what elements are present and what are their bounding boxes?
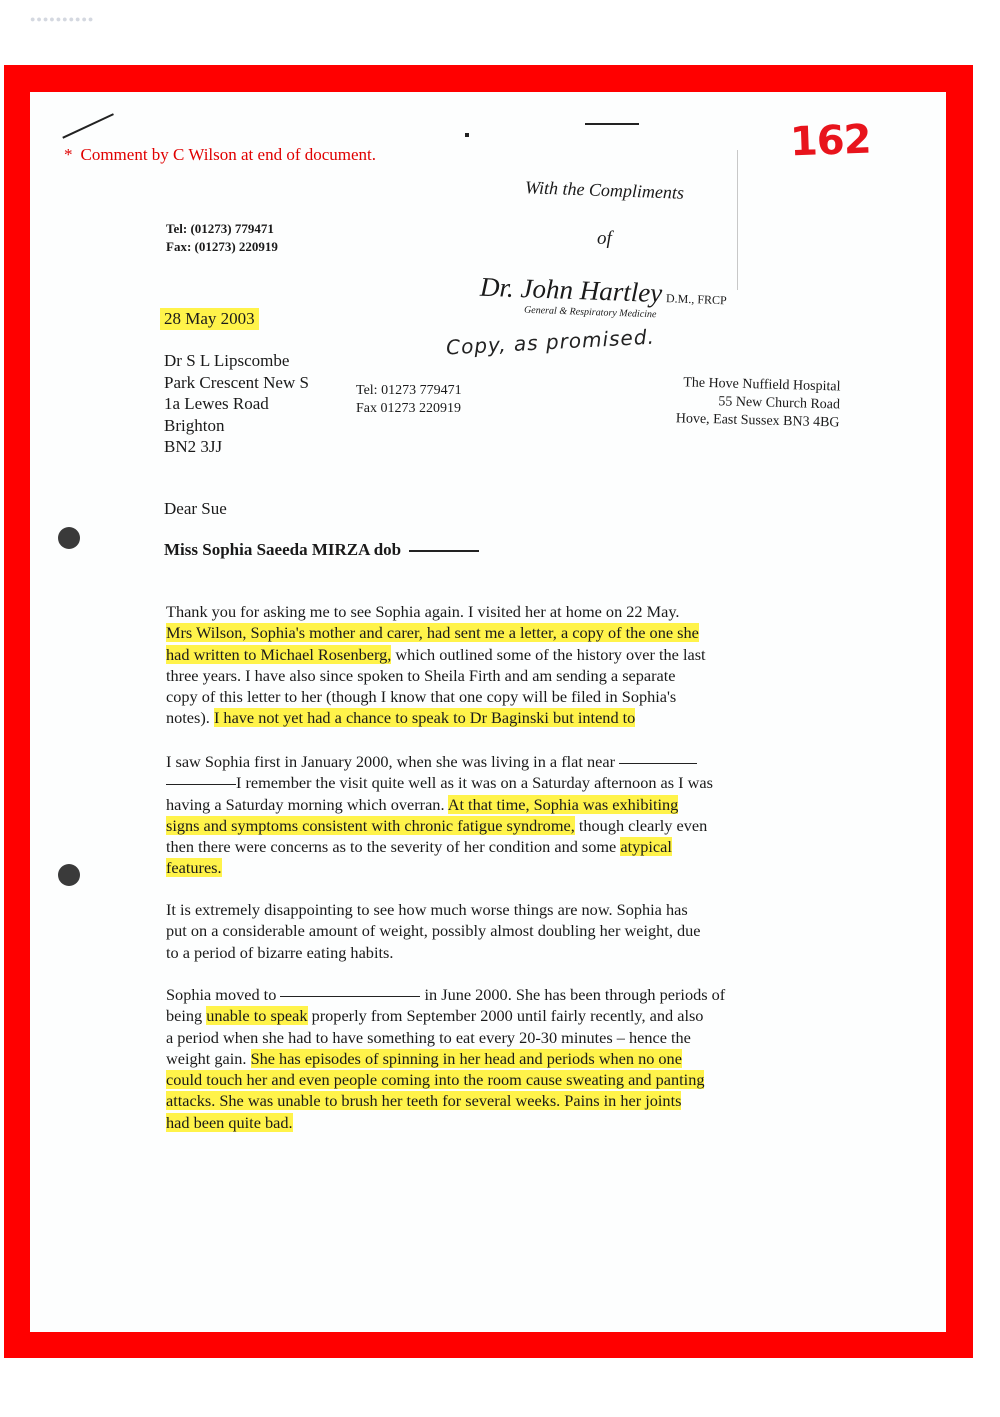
text-line: weight gain. She has episodes of spinnin… [166,1048,816,1069]
paragraph-1: Thank you for asking me to see Sophia ag… [166,601,816,729]
compliments-of: of [597,228,612,250]
text-line: could touch her and even people coming i… [166,1069,816,1090]
highlighted-text: had been quite bad. [166,1113,293,1132]
text-line: signs and symptoms consistent with chron… [166,815,816,836]
text-segment: then there were concerns as to the sever… [166,837,620,856]
slip-dash [585,123,639,125]
text-line: then there were concerns as to the sever… [166,836,816,857]
highlighted-text: had written to Michael Rosenberg, [166,645,391,664]
hospital-fax: Fax 01273 220919 [356,400,462,418]
highlighted-text: signs and symptoms consistent with chron… [166,816,575,835]
letterhead-contact: Tel: (01273) 779471 Fax: (01273) 220919 [166,220,278,256]
recipient-address-line: Park Crescent New S [164,372,309,394]
text-segment: put on a considerable amount of weight, … [166,921,700,940]
text-segment: which outlined some of the history over … [391,645,705,664]
salutation: Dear Sue [164,499,227,519]
text-segment: weight gain. [166,1049,251,1068]
text-line: Thank you for asking me to see Sophia ag… [166,601,816,622]
paragraph-4: Sophia moved to in June 2000. She has be… [166,984,816,1133]
text-segment: Thank you for asking me to see Sophia ag… [166,602,680,621]
text-segment: notes). [166,708,214,727]
highlighted-text: She has episodes of spinning in her head… [251,1049,682,1068]
text-line: had been quite bad. [166,1112,816,1133]
slip-dot [465,133,469,137]
text-segment: having a Saturday morning which overran. [166,795,448,814]
comment-text: Comment by C Wilson at end of document. [81,145,377,164]
subject-line: Miss Sophia Saeeda MIRZA dob [164,540,479,560]
doctor-qualifications: D.M., FRCP [666,291,727,307]
text-line: It is extremely disappointing to see how… [166,899,816,920]
hospital-address: The Hove Nuffield Hospital55 New Church … [649,374,840,433]
text-line: to a period of bizarre eating habits. [166,942,816,963]
highlighted-text: Mrs Wilson, Sophia's mother and carer, h… [166,623,699,642]
highlighted-text: atypical [620,837,672,856]
text-segment: in June 2000. She has been through perio… [420,985,725,1004]
page-number: 162 [789,117,871,166]
text-segment: I saw Sophia first in January 2000, when… [166,752,619,771]
text-line: copy of this letter to her (though I kno… [166,686,816,707]
redacted-dob [409,550,479,552]
text-segment: though clearly even [575,816,707,835]
letterhead-fax: Fax: (01273) 220919 [166,238,278,256]
redacted-blank [619,763,697,764]
redacted-blank [166,784,236,785]
text-line: attacks. She was unable to brush her tee… [166,1090,816,1111]
text-line: Mrs Wilson, Sophia's mother and carer, h… [166,622,816,643]
recipient-address-line: 1a Lewes Road [164,393,309,415]
text-line: having a Saturday morning which overran.… [166,794,816,815]
highlighted-text: I have not yet had a chance to speak to … [214,708,635,727]
punch-hole-bottom [58,864,80,886]
faint-scan-header: ●●●●●●●●●● [30,14,94,24]
highlighted-text: attacks. She was unable to brush her tee… [166,1091,681,1110]
recipient-address: Dr S L LipscombePark Crescent New S1a Le… [164,350,309,458]
text-segment: Sophia moved to [166,985,280,1004]
highlighted-text: unable to speak [206,1006,307,1025]
text-segment: properly from September 2000 until fairl… [308,1006,704,1025]
text-line: I remember the visit quite well as it wa… [166,772,816,793]
letter-date: 28 May 2003 [160,308,259,330]
doctor-name-text: Dr. John Hartley [480,272,663,308]
text-segment: being [166,1006,206,1025]
text-line: being unable to speak properly from Sept… [166,1005,816,1026]
recipient-address-line: Brighton [164,415,309,437]
text-segment: a period when she had to have something … [166,1028,691,1047]
recipient-address-line: BN2 3JJ [164,436,309,458]
recipient-address-line: Dr S L Lipscombe [164,350,309,372]
text-line: a period when she had to have something … [166,1027,816,1048]
text-line: had written to Michael Rosenberg, which … [166,644,816,665]
annotation-comment: *Comment by C Wilson at end of document. [64,145,376,165]
text-segment: copy of this letter to her (though I kno… [166,687,676,706]
text-segment: It is extremely disappointing to see how… [166,900,688,919]
highlighted-text: could touch her and even people coming i… [166,1070,704,1089]
punch-hole-top [58,527,80,549]
paragraph-3: It is extremely disappointing to see how… [166,899,816,963]
text-segment: to a period of bizarre eating habits. [166,943,393,962]
text-line: put on a considerable amount of weight, … [166,920,816,941]
redacted-blank [280,996,420,997]
text-line: three years. I have also since spoken to… [166,665,816,686]
text-segment: three years. I have also since spoken to… [166,666,676,685]
text-segment: I remember the visit quite well as it wa… [236,773,713,792]
paragraph-2: I saw Sophia first in January 2000, when… [166,751,816,879]
letterhead-tel: Tel: (01273) 779471 [166,220,278,238]
highlighted-text: At that time, Sophia was exhibiting [448,795,679,814]
text-line: Sophia moved to in June 2000. She has be… [166,984,816,1005]
hospital-tel: Tel: 01273 779471 [356,382,462,400]
slip-edge [737,150,738,290]
subject-text: Miss Sophia Saeeda MIRZA dob [164,540,401,559]
text-line: I saw Sophia first in January 2000, when… [166,751,816,772]
text-line: notes). I have not yet had a chance to s… [166,707,816,728]
hospital-contact: Tel: 01273 779471 Fax 01273 220919 [356,382,462,418]
highlighted-text: features. [166,858,222,877]
asterisk-marker: * [64,145,73,164]
text-line: features. [166,857,816,878]
